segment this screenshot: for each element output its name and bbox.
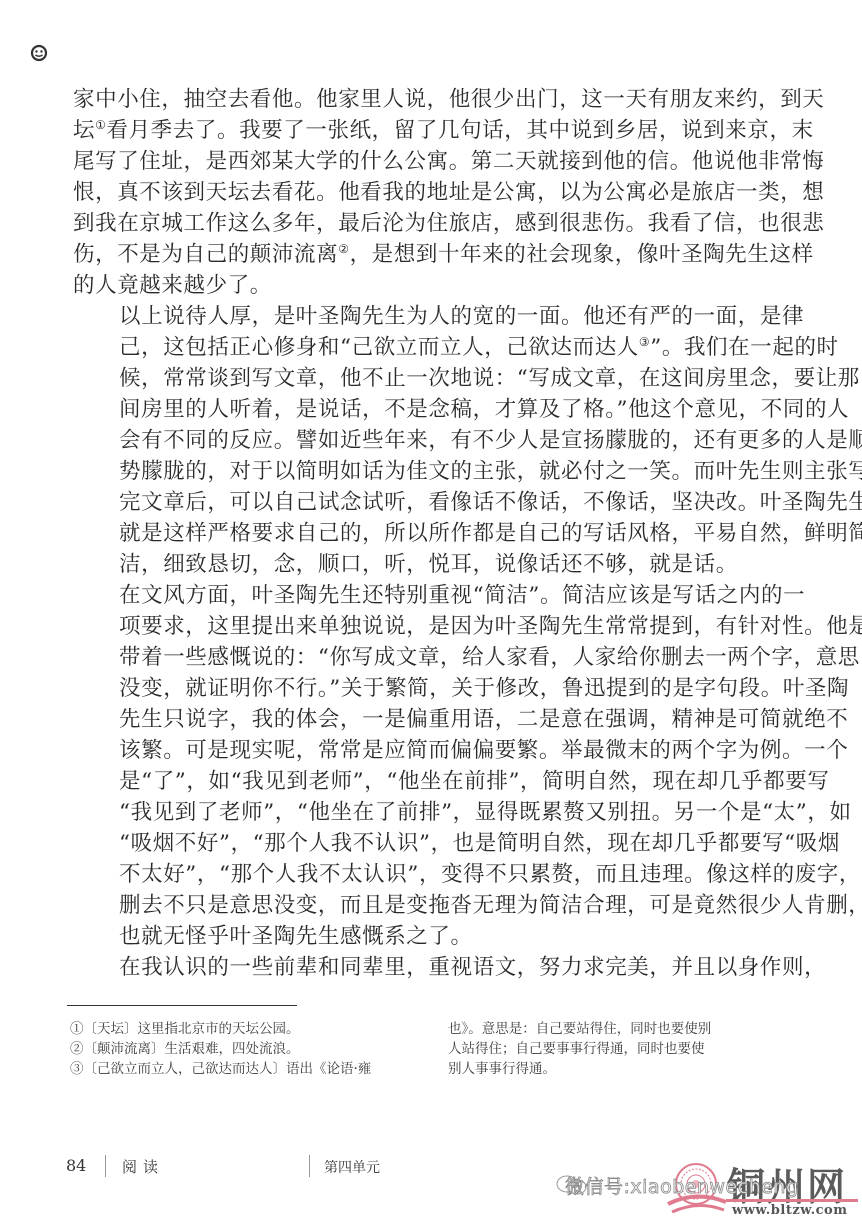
wechat-id: xiaobenwecheng: [630, 1176, 798, 1198]
wechat-label: 微信号:: [565, 1176, 630, 1198]
text-line: 的人竟越来越少了。: [73, 270, 755, 301]
text-line: 家中小住，抽空去看他。他家里人说，他很少出门，这一天有朋友来约，到天: [73, 84, 755, 115]
text-line: 到我在京城工作这么多年，最后沦为住旅店，感到很悲伤。我看了信，也很悲: [73, 208, 755, 239]
text-line: 就是这样严格要求自己的，所以所作都是自己的写话风格，平易自然，鲜明简: [73, 518, 755, 549]
paragraph: 以上说待人厚，是叶圣陶先生为人的宽的一面。他还有严的一面，是律己，这包括正心修身…: [73, 301, 755, 580]
text-line: “吸烟不好”，“那个人我不认识”，也是简明自然，现在却几乎都要写“吸烟: [73, 828, 755, 859]
text-line: “我见到了老师”，“他坐在了前排”，显得既累赘又别扭。另一个是“太”，如: [73, 797, 755, 828]
footnotes-right-column: 也》。意思是：自己要站得住，同时也要使别 人站得住；自己要事事行得通，同时也要使…: [448, 1019, 728, 1079]
unit-label: 第四单元: [324, 1157, 380, 1177]
text-line: 间房里的人听着，是说话，不是念稿，才算及了格。”他这个意见，不同的人: [73, 394, 755, 425]
watermark-wechat-id: 微信号:xiaobenwecheng: [565, 1172, 799, 1199]
footnote-3-continued: 人站得住；自己要事事行得通，同时也要使: [448, 1039, 728, 1059]
text-line: 完文章后，可以自己试念试听，看像话不像话，不像话，坚决改。叶圣陶先生: [73, 487, 755, 518]
text-line: 以上说待人厚，是叶圣陶先生为人的宽的一面。他还有严的一面，是律: [73, 301, 755, 332]
text-line: 先生只说字，我的体会，一是偏重用语，二是意在强调，精神是可简就绝不: [73, 704, 755, 735]
paragraph: 在我认识的一些前辈和同辈里，重视语文，努力求完美，并且以身作则，: [73, 952, 755, 983]
text-line: 己，这包括正心修身和“己欲立而立人，己欲达而达人③”。我们在一起的时: [73, 332, 755, 363]
text-line: 候，常常谈到写文章，他不止一次地说：“写成文章，在这间房里念，要让那: [73, 363, 755, 394]
text-line: 尾写了住址，是西郊某大学的什么公寓。第二天就接到他的信。他说他非常悔: [73, 146, 755, 177]
footnote-3-continued: 也》。意思是：自己要站得住，同时也要使别: [448, 1019, 728, 1039]
text-line: 坛①看月季去了。我要了一张纸，留了几句话，其中说到乡居，说到来京，末: [73, 115, 755, 146]
text-line: 不太好”，“那个人我不太认识”，变得不只累赘，而且违理。像这样的废字，: [73, 859, 755, 890]
text-line: 该繁。可是现实呢，常常是应简而偏偏要繁。举最微末的两个字为例。一个: [73, 735, 755, 766]
text-line: 项要求，这里提出来单独说说，是因为叶圣陶先生常常提到，有针对性。他是: [73, 611, 755, 642]
footnote-3-continued: 别人事事行得通。: [448, 1059, 728, 1079]
watermark-bar: [726, 1199, 858, 1202]
footer-divider: [309, 1155, 310, 1177]
text-line: 是“了”，如“我见到老师”，“他坐在前排”，简明自然，现在却几乎都要写: [73, 766, 755, 797]
paragraph: 家中小住，抽空去看他。他家里人说，他很少出门，这一天有朋友来约，到天坛①看月季去…: [73, 84, 755, 301]
footnotes-left-column: ①〔天坛〕这里指北京市的天坛公园。 ②〔颠沛流离〕生活艰难，四处流浪。 ③〔己欲…: [70, 1019, 430, 1079]
paragraph: 在文风方面，叶圣陶先生还特别重视“简洁”。简洁应该是写话之内的一项要求，这里提出…: [73, 580, 755, 952]
text-line: 在文风方面，叶圣陶先生还特别重视“简洁”。简洁应该是写话之内的一: [73, 580, 755, 611]
footnote-2: ②〔颠沛流离〕生活艰难，四处流浪。: [70, 1039, 430, 1059]
footnote-1: ①〔天坛〕这里指北京市的天坛公园。: [70, 1019, 430, 1039]
text-line: 会有不同的反应。譬如近些年来，有不少人是宣扬朦胧的，还有更多的人是顺: [73, 425, 755, 456]
page-number: 84: [66, 1156, 86, 1175]
footnote-marker: ②: [338, 242, 349, 256]
section-label: 阅读: [122, 1156, 164, 1177]
text-line: 势朦胧的，对于以简明如话为佳文的主张，就必付之一笑。而叶先生则主张写: [73, 456, 755, 487]
footnote-3: ③〔己欲立而立人，己欲达而达人〕语出《论语·雍: [70, 1059, 430, 1079]
footnote-marker: ①: [95, 118, 106, 132]
watermark-url: www.bltzw.com: [732, 1203, 847, 1218]
footnote-marker: ③: [639, 335, 650, 349]
text-line: 洁，细致恳切，念，顺口，听，悦耳，说像话还不够，就是话。: [73, 549, 755, 580]
text-line: 没变，就证明你不行。”关于繁简，关于修改，鲁迅提到的是字句段。叶圣陶: [73, 673, 755, 704]
text-line: 带着一些感慨说的：“你写成文章，给人家看，人家给你删去一两个字，意思: [73, 642, 755, 673]
footer-divider: [105, 1155, 106, 1177]
text-line: 删去不只是意思没变，而且是变拖沓无理为简洁合理，可是竟然很少人肯删，: [73, 890, 755, 921]
article-body: 家中小住，抽空去看他。他家里人说，他很少出门，这一天有朋友来约，到天坛①看月季去…: [73, 84, 755, 983]
footnote-divider: [67, 1005, 297, 1006]
text-line: 在我认识的一些前辈和同辈里，重视语文，努力求完美，并且以身作则，: [73, 952, 755, 983]
text-line: 也就无怪乎叶圣陶先生感慨系之了。: [73, 921, 755, 952]
text-line: 伤，不是为自己的颠沛流离②，是想到十年来的社会现象，像叶圣陶先生这样: [73, 239, 755, 270]
smiley-face-icon: [30, 44, 48, 62]
text-line: 恨，真不该到天坛去看花。他看我的地址是公寓，以为公寓必是旅店一类，想: [73, 177, 755, 208]
